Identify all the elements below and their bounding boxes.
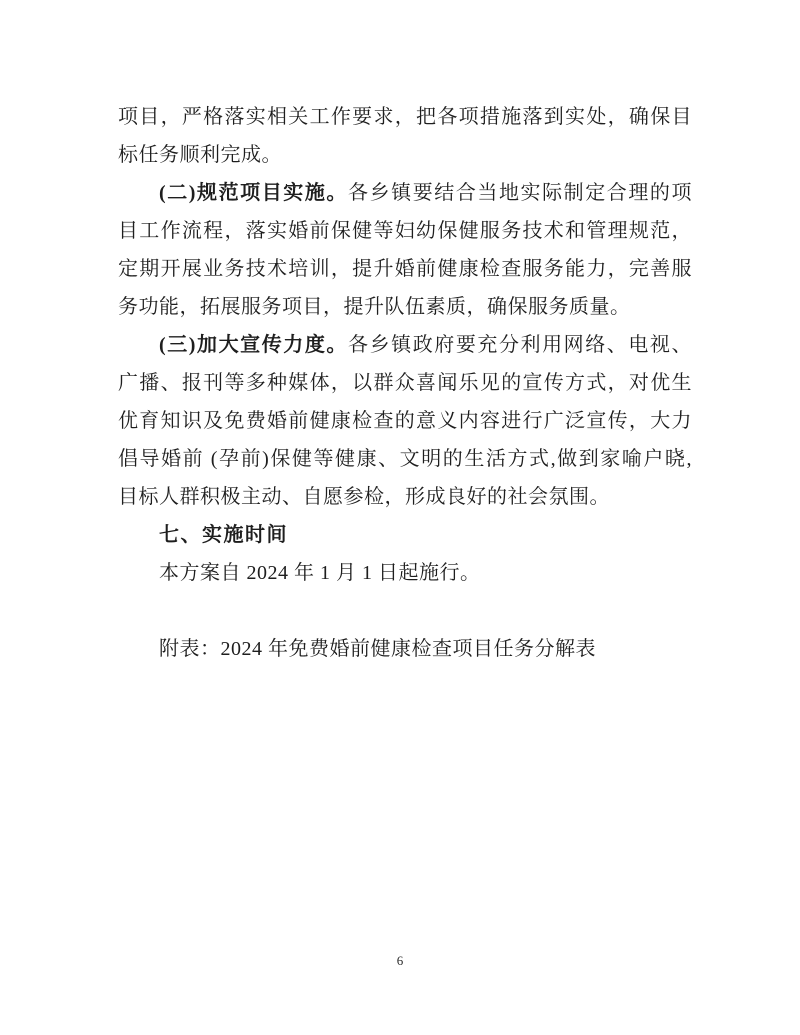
- text-segment: 标任务顺利完成。: [118, 144, 282, 166]
- text-segment: 各乡镇要结合当地实际制定合理的项: [348, 182, 692, 204]
- paragraph-lead-bold: (二)规范项目实施。: [159, 182, 348, 204]
- document-page: 项目，严格落实相关工作要求，把各项措施落到实处，确保目标任务顺利完成。(二)规范…: [0, 0, 800, 1035]
- text-line: 目工作流程，落实婚前保健等妇幼保健服务技术和管理规范，: [118, 212, 692, 250]
- text-line: 目标人群积极主动、自愿参检，形成良好的社会氛围。: [118, 478, 692, 516]
- paragraph-lead-bold: (三)加大宣传力度。: [159, 334, 348, 356]
- text-segment: 项目，严格落实相关工作要求，把各项措施落到实处，确保目: [118, 106, 692, 128]
- page-number: 6: [0, 953, 800, 968]
- text-line: 优育知识及免费婚前健康检查的意义内容进行广泛宣传，大力: [118, 402, 692, 440]
- text-segment: 定期开展业务技术培训，提升婚前健康检查服务能力，完善服: [118, 258, 692, 280]
- text-segment: 目标人群积极主动、自愿参检，形成良好的社会氛围。: [118, 486, 610, 508]
- document-body: 项目，严格落实相关工作要求，把各项措施落到实处，确保目标任务顺利完成。(二)规范…: [118, 98, 692, 668]
- text-segment: 附表：2024 年免费婚前健康检查项目任务分解表: [159, 638, 596, 660]
- text-line: 定期开展业务技术培训，提升婚前健康检查服务能力，完善服: [118, 250, 692, 288]
- paragraph-lead-bold: 七、实施时间: [159, 524, 288, 546]
- text-line: (三)加大宣传力度。各乡镇政府要充分利用网络、电视、: [118, 326, 692, 364]
- text-segment: 本方案自 2024 年 1 月 1 日起施行。: [159, 562, 481, 584]
- text-segment: 广播、报刊等多种媒体，以群众喜闻乐见的宣传方式，对优生: [118, 372, 692, 394]
- text-line: 标任务顺利完成。: [118, 136, 692, 174]
- text-segment: 目工作流程，落实婚前保健等妇幼保健服务技术和管理规范，: [118, 220, 692, 242]
- text-line: 附表：2024 年免费婚前健康检查项目任务分解表: [118, 630, 692, 668]
- text-line: 倡导婚前 (孕前)保健等健康、文明的生活方式,做到家喻户晓,: [118, 440, 692, 478]
- text-line: (二)规范项目实施。各乡镇要结合当地实际制定合理的项: [118, 174, 692, 212]
- text-segment: 各乡镇政府要充分利用网络、电视、: [348, 334, 692, 356]
- text-line: 广播、报刊等多种媒体，以群众喜闻乐见的宣传方式，对优生: [118, 364, 692, 402]
- text-line: 务功能，拓展服务项目，提升队伍素质，确保服务质量。: [118, 288, 692, 326]
- blank-line: [118, 592, 692, 630]
- section-heading: 七、实施时间: [118, 516, 692, 554]
- text-segment: 务功能，拓展服务项目，提升队伍素质，确保服务质量。: [118, 296, 631, 318]
- text-segment: 优育知识及免费婚前健康检查的意义内容进行广泛宣传，大力: [118, 410, 692, 432]
- text-line: 项目，严格落实相关工作要求，把各项措施落到实处，确保目: [118, 98, 692, 136]
- text-segment: 倡导婚前 (孕前)保健等健康、文明的生活方式,做到家喻户晓,: [118, 448, 692, 470]
- text-line: 本方案自 2024 年 1 月 1 日起施行。: [118, 554, 692, 592]
